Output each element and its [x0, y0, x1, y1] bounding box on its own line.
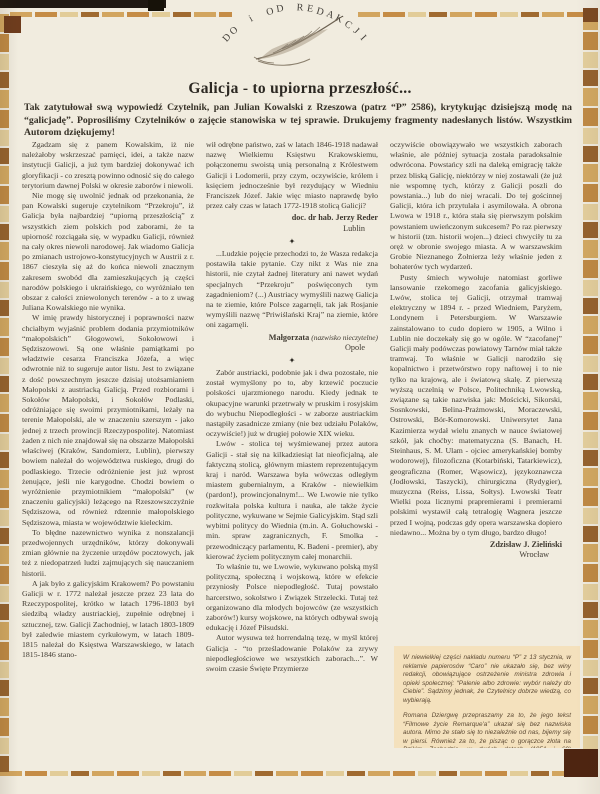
diamond-separator: ✦	[206, 237, 378, 246]
letter-paragraph: Autor wysuwa też horrendalną tezę, w myś…	[206, 633, 378, 674]
letter-paragraph: Zgadzam się z panem Kowalskim, iż nie na…	[22, 140, 194, 191]
signature-author: doc. dr hab. Jerzy Reder	[206, 213, 378, 224]
letter-paragraph: Nie mogę się uwolnić jednak od przekonan…	[22, 191, 194, 313]
quill-pen-icon	[250, 15, 346, 73]
scan-edge-artifact	[148, 0, 164, 11]
column-1: Zgadzam się z panem Kowalskim, iż nie na…	[22, 140, 194, 756]
signature-city: Wrocław	[390, 550, 562, 560]
border-top-right-segment	[358, 12, 584, 17]
border-corner-top-left	[4, 16, 21, 33]
letter-paragraph: ...Ludzkie pojęcie przechodzi to, że Was…	[206, 249, 378, 331]
letter-paragraph: Lwów - stolica tej wyśmiewanej przez aut…	[206, 439, 378, 561]
border-corner-bottom-right	[564, 749, 598, 777]
letter-paragraph: A jak było z galicyjskim Krakowem? Po po…	[22, 579, 194, 661]
border-left	[0, 14, 9, 772]
column-2: wił odrębne państwo, zaś w latach 1846-1…	[206, 140, 378, 756]
letter-paragraph: To właśnie tu, we Lwowie, wykuwano polsk…	[206, 562, 378, 633]
letter-paragraph: Pusty śmiech wywołuje natomiast gorliwe …	[390, 273, 562, 538]
diamond-separator: ✦	[206, 356, 378, 365]
signature-author: Zdzisław J. Zieliński	[390, 540, 562, 551]
editorial-correction-box: W niewielkiej części nakładu numeru “P” …	[394, 646, 580, 748]
signature-city: Opole	[206, 343, 378, 353]
border-top-left-segment	[10, 12, 232, 17]
correction-paragraph: W niewielkiej części nakładu numeru “P” …	[403, 654, 571, 705]
border-right	[583, 12, 598, 774]
signature-note: (nazwisko nieczytelne)	[311, 333, 378, 342]
correction-paragraph: Romana Dziergwę przepraszamy za to, że j…	[403, 712, 571, 748]
signature-city: Lublin	[206, 224, 378, 234]
border-bottom	[0, 771, 586, 776]
intro-paragraph: Tak zatytułował swą wypowiedź Czytelnik,…	[24, 102, 572, 140]
letter-paragraph: wił odrębne państwo, zaś w latach 1846-1…	[206, 140, 378, 211]
page-title: Galicja - to upiorna przeszłość...	[0, 80, 600, 98]
magazine-page: { "header": { "section_label": "DO i OD …	[0, 0, 600, 794]
letter-paragraph: oczywiście obowiązywało we wszystkich za…	[390, 140, 562, 273]
letter-paragraph: W imię prawdy historycznej i poprawności…	[22, 313, 194, 527]
scan-edge-artifact	[0, 0, 166, 8]
border-corner-top-right	[583, 8, 598, 22]
signature-author: Małgorzata (nazwisko nieczytelne)	[206, 333, 378, 344]
letter-paragraph: To błędne nazewnictwo wynika z nonszalan…	[22, 528, 194, 579]
letter-paragraph: Zabór austriacki, podobnie jak i dwa poz…	[206, 368, 378, 439]
